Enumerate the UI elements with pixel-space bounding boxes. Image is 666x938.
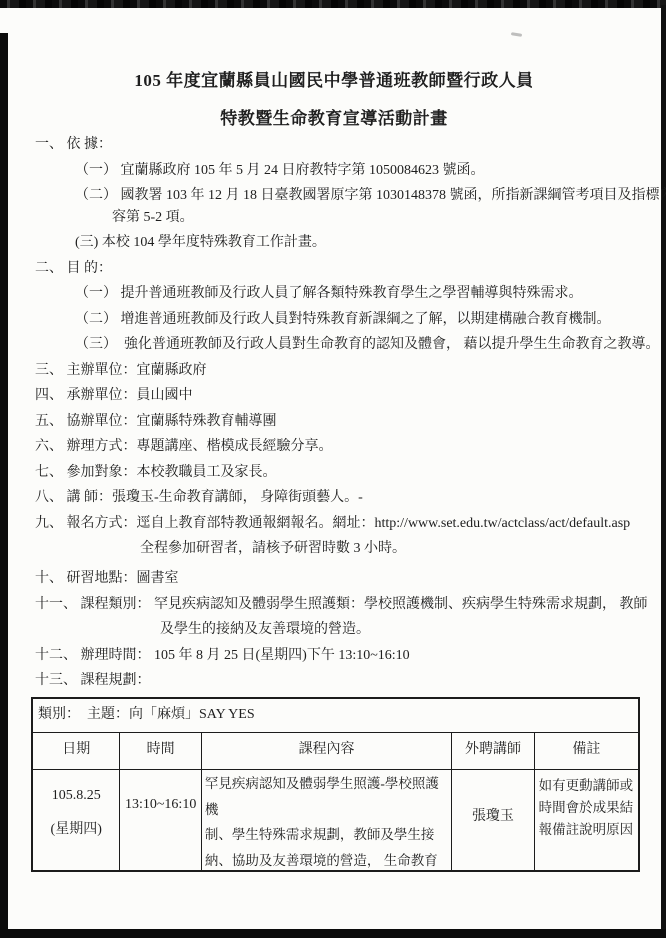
doc-line: （二） 國教署 103 年 12 月 18 日臺教國署原字第 103014837… (0, 183, 652, 209)
doc-line-course-category: 十一、 課程類別： 罕見疾病認知及體弱學生照護類：學校照護機制、疾病學生特殊需求… (0, 592, 652, 618)
doc-line-continuation: 及學生的接納及友善環境的營造。 (0, 617, 652, 643)
doc-line-schedule-time: 十二、 辦理時間： 105 年 8 月 25 日(星期四)下午 13:10~16… (0, 643, 652, 669)
document-body: 一、 依 據： （一） 宜蘭縣政府 105 年 5 月 24 日府教特字第 10… (0, 132, 652, 694)
table-cell-note: 如有更動講師或 時間會於成果結 報備註說明原因 (534, 770, 638, 870)
doc-line: （二） 增進普通班教師及行政人員對特殊教育新課綱之了解，以期建構融合教育機制。 (0, 307, 652, 333)
doc-line: （一） 提升普通班教師及行政人員了解各類特殊教育學生之學習輔導與特殊需求。 (0, 281, 652, 307)
scanned-document-page: 105 年度宜蘭縣員山國民中學普通班教師暨行政人員 特教暨生命教育宣導活動計畫 … (0, 0, 666, 938)
doc-line-method: 六、 辦理方式：專題講座、楷模成長經驗分享。 (0, 434, 652, 460)
document-title-line1: 105 年度宜蘭縣員山國民中學普通班教師暨行政人員 (8, 66, 660, 91)
table-header-time: 時間 (119, 733, 200, 769)
doc-line-location: 十、 研習地點：圖書室 (0, 566, 652, 592)
doc-line-undertaker: 四、 承辦單位：員山國中 (0, 383, 652, 409)
scan-edge-bottom (0, 929, 666, 938)
doc-line: (三) 本校 104 學年度特殊教育工作計畫。 (0, 230, 652, 256)
table-header-content: 課程內容 (201, 733, 451, 769)
scan-edge-top (0, 0, 666, 8)
table-cell-date: 105.8.25 (星期四) (33, 770, 119, 870)
doc-line-purpose-heading: 二、 目 的： (0, 256, 652, 282)
table-cell-lecturer: 張瓊玉 (451, 770, 533, 870)
table-header-note: 備註 (534, 733, 638, 769)
table-data-row: 105.8.25 (星期四) 13:10~16:10 罕見疾病認知及體弱學生照護… (33, 770, 638, 870)
doc-line: （一） 宜蘭縣政府 105 年 5 月 24 日府教特字第 1050084623… (0, 158, 652, 184)
doc-line-co-organizer: 五、 協辦單位：宜蘭縣特殊教育輔導團 (0, 409, 652, 435)
table-header-lecturer: 外聘講師 (451, 733, 533, 769)
table-cell-content: 罕見疾病認知及體弱學生照護-學校照護機 制、學生特殊需求規劃，教師及學生接 納、… (201, 770, 451, 870)
table-category-row: 類別： 主題：向「麻煩」SAY YES (33, 699, 638, 733)
table-header-row: 日期 時間 課程內容 外聘講師 備註 (33, 733, 638, 770)
doc-line-basis-heading: 一、 依 據： (0, 132, 652, 158)
doc-line-organizer: 三、 主辦單位：宜蘭縣政府 (0, 358, 652, 384)
doc-line-continuation: 全程參加研習者，請核予研習時數 3 小時。 (0, 536, 652, 562)
doc-line-participants: 七、 參加對象：本校教職員工及家長。 (0, 460, 652, 486)
doc-line-registration-url: 九、 報名方式：逕自上教育部特教通報網報名。網址：http://www.set.… (0, 511, 652, 537)
course-plan-table: 類別： 主題：向「麻煩」SAY YES 日期 時間 課程內容 外聘講師 備註 1… (31, 697, 640, 872)
scan-smudge (511, 32, 522, 37)
doc-line-lecturer: 八、 講 師：張瓊玉-生命教育講師， 身障街頭藝人。- (0, 485, 652, 511)
doc-line-course-plan-heading: 十三、 課程規劃： (0, 668, 652, 694)
scan-edge-right (661, 5, 666, 938)
table-cell-time: 13:10~16:10 (119, 770, 200, 870)
document-title-line2: 特教暨生命教育宣導活動計畫 (8, 104, 660, 129)
table-header-date: 日期 (33, 733, 119, 769)
doc-line: （三） 強化普通班教師及行政人員對生命教育的認知及體會， 藉以提升學生生命教育之… (0, 332, 652, 358)
